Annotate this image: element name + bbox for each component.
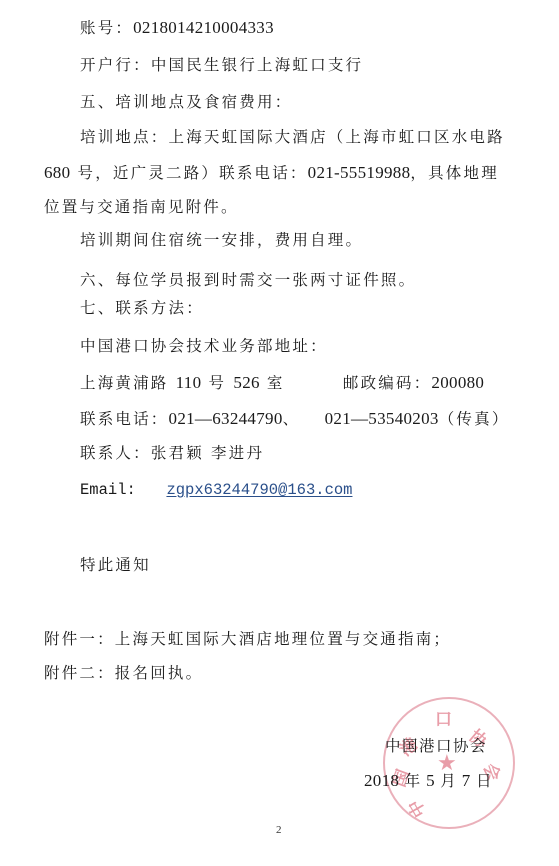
signature-date: 2018 年 5 月 7 日 bbox=[364, 771, 492, 791]
section6-text: 六、每位学员报到时需交一张两寸证件照。 bbox=[80, 270, 416, 290]
date-day: 7 bbox=[462, 771, 471, 790]
account-number: 0218014210004333 bbox=[133, 18, 274, 37]
signature-org: 中国港口协会 bbox=[385, 736, 487, 756]
attachment-1: 附件一：上海天虹国际大酒店地理位置与交通指南； bbox=[44, 629, 451, 649]
contacts-label: 联系人： bbox=[80, 444, 151, 462]
email-label: Email: bbox=[80, 481, 136, 499]
date-year-unit: 年 bbox=[399, 772, 426, 790]
contact-names: 张君颖 李进丹 bbox=[151, 444, 264, 462]
stamp-char: 中 bbox=[400, 796, 430, 823]
lodging-note: 培训期间住宿统一安排，费用自理。 bbox=[80, 230, 363, 250]
phone-label: 联系电话： bbox=[80, 410, 169, 428]
venue-line-3: 位置与交通指南见附件。 bbox=[44, 197, 239, 217]
phone-number-2: 021—53540203 bbox=[325, 409, 439, 428]
contacts-line: 联系人：张君颖 李进丹 bbox=[80, 443, 264, 463]
date-month: 5 bbox=[426, 771, 435, 790]
bank-line: 开户行：中国民生银行上海虹口支行 bbox=[80, 55, 363, 75]
postcode-label: 邮政编码： bbox=[343, 374, 432, 392]
venue-line-2-tail: ，具体地理 bbox=[410, 164, 499, 182]
page-number: 2 bbox=[276, 824, 282, 836]
date-day-unit: 日 bbox=[471, 772, 492, 790]
email-line: Email: zgpx63244790@163.com bbox=[80, 480, 352, 500]
venue-line-2: 680 号，近广灵二路）联系电话：021-55519988，具体地理 bbox=[44, 163, 499, 183]
room-number: 526 bbox=[233, 373, 259, 392]
address-line: 上海黄浦路 110 号 526 室 邮政编码：200080 bbox=[80, 373, 484, 393]
venue-line-1: 培训地点：上海天虹国际大酒店（上海市虹口区水电路 bbox=[80, 127, 505, 147]
email-link[interactable]: zgpx63244790@163.com bbox=[166, 481, 352, 499]
date-year: 2018 bbox=[364, 771, 399, 790]
postcode-value: 200080 bbox=[431, 373, 484, 392]
fax-note: （传真） bbox=[439, 410, 510, 428]
section5-heading: 五、培训地点及食宿费用： bbox=[80, 92, 292, 112]
attachment-2: 附件二：报名回执。 bbox=[44, 663, 203, 683]
venue-phone: 021-55519988 bbox=[308, 163, 411, 182]
address-room: 室 bbox=[260, 374, 285, 392]
venue-street-number: 680 bbox=[44, 163, 70, 182]
date-month-unit: 月 bbox=[435, 772, 462, 790]
phone-line: 联系电话：021—63244790、 021—53540203（传真） bbox=[80, 409, 510, 429]
phone-separator: 、 bbox=[283, 410, 301, 428]
account-label: 账号： bbox=[80, 19, 133, 37]
account-line: 账号：0218014210004333 bbox=[80, 18, 274, 38]
closing-text: 特此通知 bbox=[80, 555, 151, 575]
bank-name: 中国民生银行上海虹口支行 bbox=[151, 56, 363, 74]
address-text: 上海黄浦路 bbox=[80, 374, 176, 392]
venue-line-2-text: 号，近广灵二路）联系电话： bbox=[70, 164, 307, 182]
dept-address-label: 中国港口协会技术业务部地址： bbox=[80, 336, 328, 356]
official-seal-stamp: 港 口 协 国 会 中 ★ bbox=[383, 697, 515, 829]
bank-label: 开户行： bbox=[80, 56, 151, 74]
phone-number-1: 021—63244790 bbox=[169, 409, 283, 428]
address-number: 110 bbox=[176, 373, 202, 392]
address-hao: 号 bbox=[201, 374, 233, 392]
section7-heading: 七、联系方法： bbox=[80, 298, 204, 318]
stamp-char: 口 bbox=[435, 705, 452, 730]
